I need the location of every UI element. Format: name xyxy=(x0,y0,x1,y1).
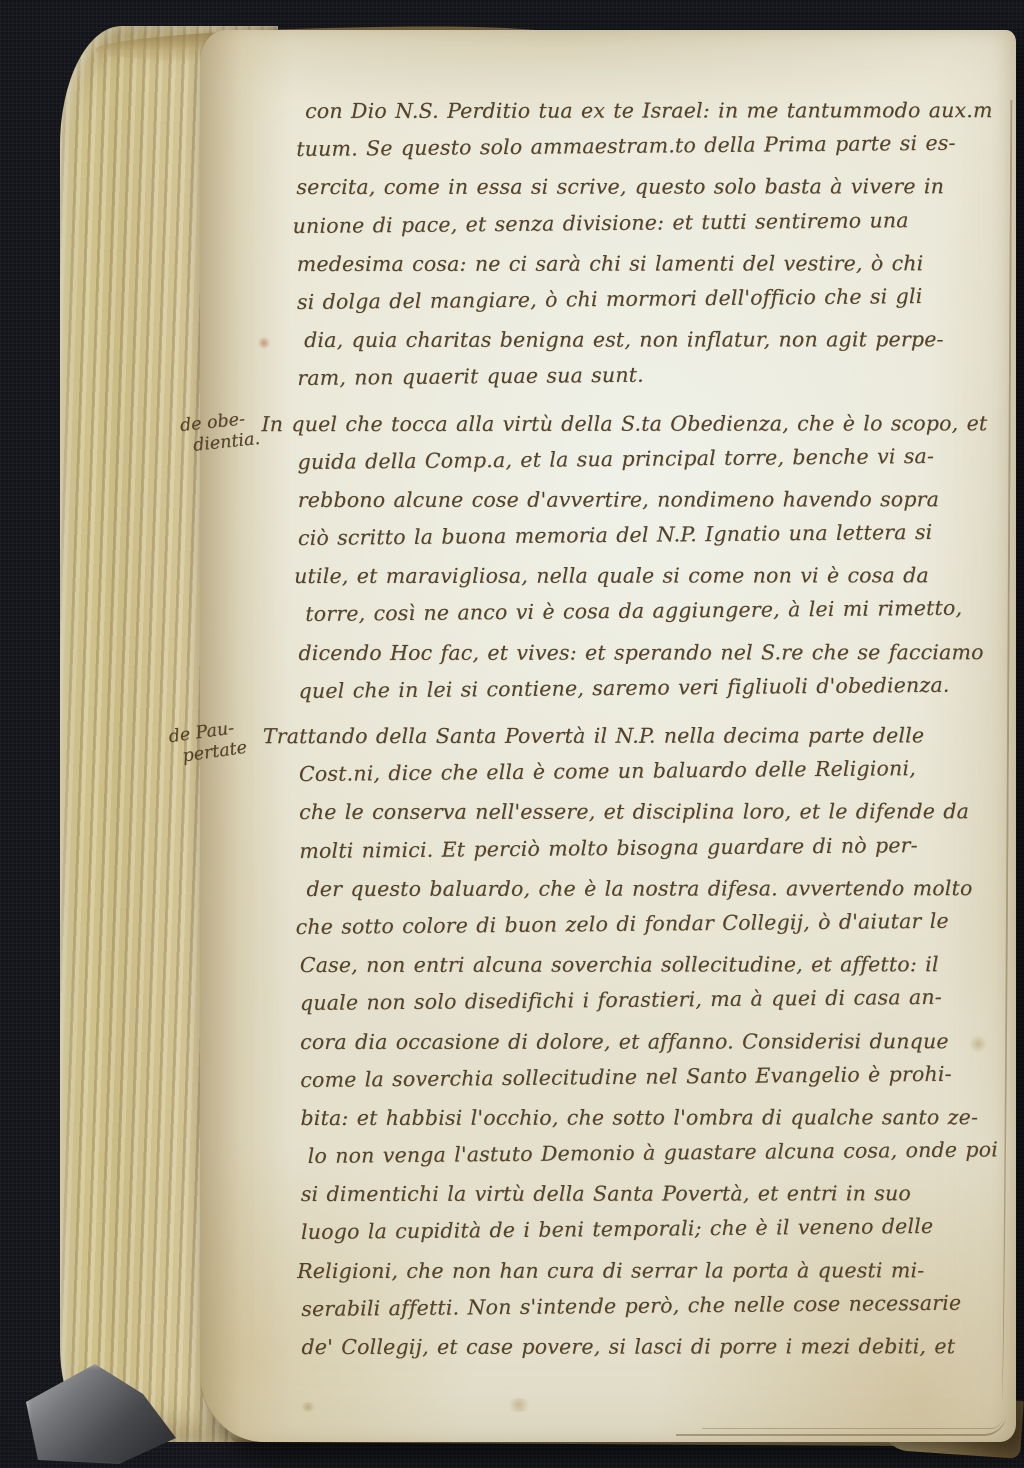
photo-backdrop: de obe- dientia. de Pau- pertate con Dio… xyxy=(0,0,1024,1468)
bottom-corner-lines xyxy=(676,1414,1006,1436)
fore-edge-line xyxy=(1000,100,1013,1400)
manuscript-page xyxy=(200,30,1016,1442)
gutter-shadow xyxy=(200,30,292,1442)
